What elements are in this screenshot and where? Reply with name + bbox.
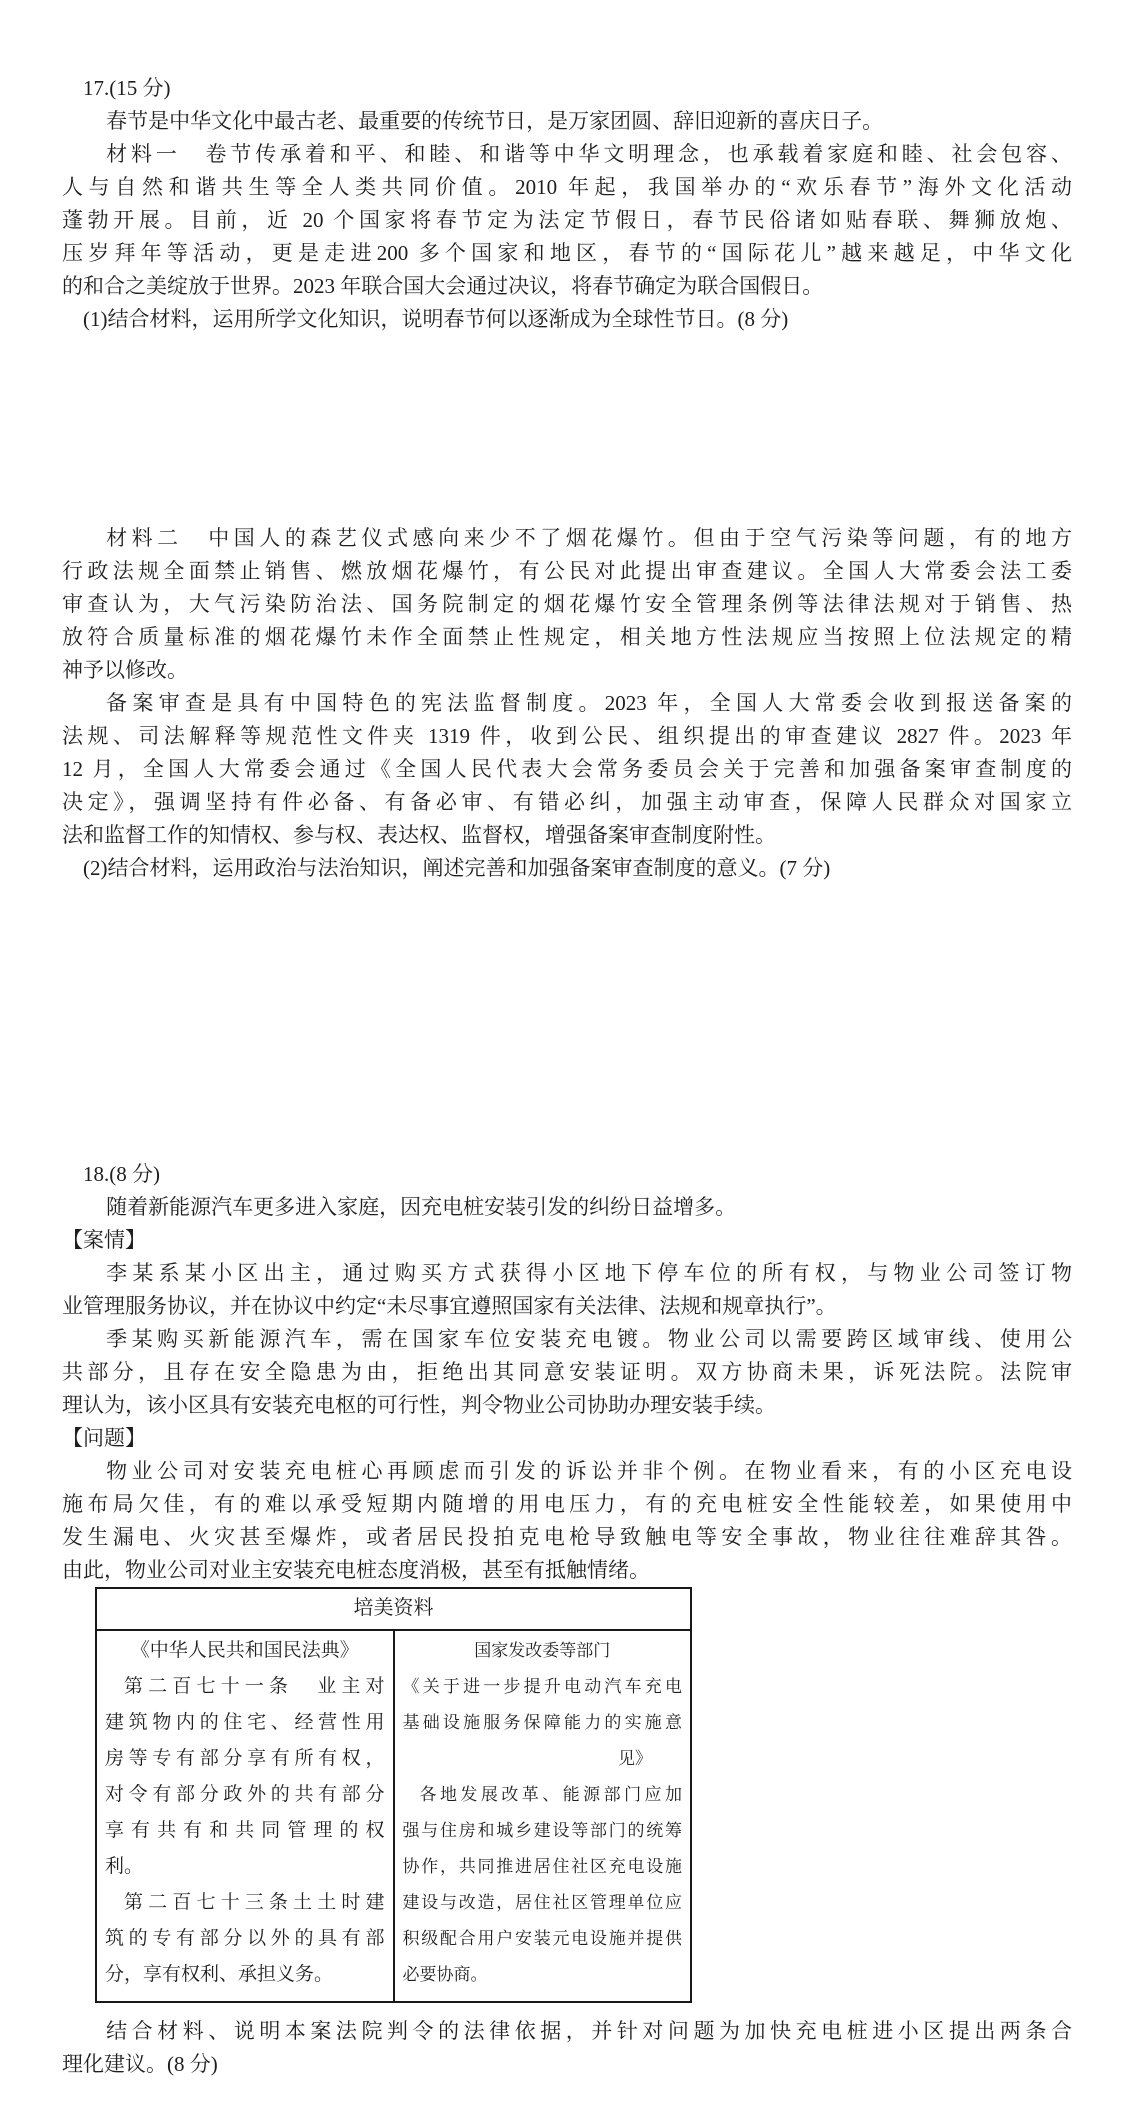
text-line: 理化建议。(8 分) xyxy=(62,2048,1072,2081)
answer-space-2 xyxy=(62,885,1072,1158)
text-line: 人与自然和谐共生等全人类共同价值。2010 年起，我国举办的“欢乐春节”海外文化… xyxy=(62,171,1072,204)
text-line: 积级配合用户安装元电设施并提供 xyxy=(403,1921,683,1957)
text-line: 的和合之美绽放于世界。2023 年联合国大会通过决议，将春节确定为联合国假日。 xyxy=(62,270,1072,303)
question-17-number: 17.(15 分) xyxy=(62,72,1072,105)
question-17-text: 春节是中华文化中最古老、最重要的传统节日，是万家团圆、辞旧迎新的喜庆日子。材料一… xyxy=(62,105,1072,336)
table-body-row: 《中华人民共和国民法典》第二百七十一条 业主对建筑物内的住宅、经营性用房等专有部… xyxy=(96,1630,691,2002)
text-line: 利。 xyxy=(105,1849,385,1885)
text-line: 神予以修改。 xyxy=(62,654,1072,687)
text-line: 筑的专有部分以外的具有部 xyxy=(105,1921,385,1957)
text-line: 备案审查是具有中国特色的宪法监督制度。2023 年，全国人大常委会收到报送备案的 xyxy=(62,687,1072,720)
text-line: 物业公司对安装充电桩心再顾虑而引发的诉讼并非个例。在物业看来，有的小区充电设 xyxy=(62,1455,1072,1488)
civil-code-cell: 《中华人民共和国民法典》第二百七十一条 业主对建筑物内的住宅、经营性用房等专有部… xyxy=(96,1630,394,2002)
text-line: 第二百七十三条土土时建 xyxy=(105,1885,385,1921)
text-line: 见》 xyxy=(403,1741,683,1777)
text-line: 基础设施服务保障能力的实施意 xyxy=(403,1705,683,1741)
text-line: 必要协商。 xyxy=(403,1957,683,1993)
ndrc-policy-cell: 国家发改委等部门《关于进一步提升电动汽车充电基础设施服务保障能力的实施意见》各地… xyxy=(394,1630,692,2002)
text-line: 发生漏电、火灾甚至爆炸，或者居民投拍克电枪导致触电等安全事故，物业往往难辞其咎。 xyxy=(62,1521,1072,1554)
text-line: 业管理服务协议，并在协议中约定“未尽事宜遵照国家有关法律、法规和规章执行”。 xyxy=(62,1290,1072,1323)
text-line: 理认为，该小区具有安装充电枢的可行性，判令物业公司协助办理安装手续。 xyxy=(62,1389,1072,1422)
answer-space-1 xyxy=(62,336,1072,522)
text-line: 由此，物业公司对业主安装充电桩态度消极，甚至有抵触情绪。 xyxy=(62,1554,1072,1587)
text-line: 法和监督工作的知情权、参与权、表达权、监督权，增强备案审查制度附性。 xyxy=(62,819,1072,852)
text-line: 共部分，且存在安全隐患为由，拒绝出其同意安装证明。双方协商未果，诉死法院。法院审 xyxy=(62,1356,1072,1389)
text-line: 季某购买新能源汽车，需在国家车位安装充电镀。物业公司以需要跨区域审线、使用公 xyxy=(62,1323,1072,1356)
text-line: 分，享有权利、承担义务。 xyxy=(105,1957,385,1993)
table-header-row: 培美资料 xyxy=(96,1588,691,1630)
text-line: 国家发改委等部门 xyxy=(403,1633,683,1669)
text-line: 协作，共同推进居住社区充电设施 xyxy=(403,1849,683,1885)
text-line: 李某系某小区出主，通过购买方式获得小区地下停车位的所有权，与物业公司签订物 xyxy=(62,1257,1072,1290)
text-line: 压岁拜年等活动，更是走进200 多个国家和地区，春节的“国际花儿”越来越足，中华… xyxy=(62,237,1072,270)
text-line: 审查认为，大气污染防治法、国务院制定的烟花爆竹安全管理条例等法律法规对于销售、热 xyxy=(62,588,1072,621)
text-line: 享有共有和共同管理的权 xyxy=(105,1813,385,1849)
text-line: 强与住房和城乡建设等部门的统筹 xyxy=(403,1813,683,1849)
text-line: 材料一 卷节传承着和平、和睦、和谐等中华文明理念，也承载着家庭和睦、社会包容、 xyxy=(62,138,1072,171)
text-line: 建筑物内的住宅、经营性用 xyxy=(105,1705,385,1741)
text-line: (2)结合材料，运用政治与法治知识，阐述完善和加强备案审查制度的意义。(7 分) xyxy=(62,852,1072,885)
text-line: 【问题】 xyxy=(62,1422,1072,1455)
question-18: 18.(8 分) 随着新能源汽车更多进入家庭，因充电桩安装引发的纠纷日益增多。【… xyxy=(62,1158,1072,2081)
text-line: 12 月，全国人大常委会通过《全国人民代表大会常务委员会关于完善和加强备案审查制… xyxy=(62,753,1072,786)
question-18-task: 结合材料、说明本案法院判令的法律依据，并针对问题为加快充电桩进小区提出两条合理化… xyxy=(62,2015,1072,2081)
page-content: 17.(15 分) 春节是中华文化中最古老、最重要的传统节日，是万家团圆、辞旧迎… xyxy=(0,0,1148,2081)
text-line: (1)结合材料，运用所学文化知识，说明春节何以逐渐成为全球性节日。(8 分) xyxy=(62,303,1072,336)
text-line: 对令有部分政外的共有部分 xyxy=(105,1777,385,1813)
question-17: 17.(15 分) 春节是中华文化中最古老、最重要的传统节日，是万家团圆、辞旧迎… xyxy=(62,72,1072,1158)
text-line: 行政法规全面禁止销售、燃放烟花爆竹，有公民对此提出审查建议。全国人大常委会法工委 xyxy=(62,555,1072,588)
text-line: 房等专有部分享有所有权， xyxy=(105,1741,385,1777)
text-line: 结合材料、说明本案法院判令的法律依据，并针对问题为加快充电桩进小区提出两条合 xyxy=(62,2015,1072,2048)
text-line: 春节是中华文化中最古老、最重要的传统节日，是万家团圆、辞旧迎新的喜庆日子。 xyxy=(62,105,1072,138)
text-line: 《中华人民共和国民法典》 xyxy=(105,1633,385,1669)
text-line: 放符合质量标准的烟花爆竹未作全面禁止性规定，相关地方性法规应当按照上位法规定的精 xyxy=(62,621,1072,654)
text-line: 【案情】 xyxy=(62,1224,1072,1257)
table-title: 培美资料 xyxy=(96,1588,691,1630)
question-18-number: 18.(8 分) xyxy=(62,1158,1072,1191)
reference-material-table: 培美资料 《中华人民共和国民法典》第二百七十一条 业主对建筑物内的住宅、经营性用… xyxy=(95,1587,692,2003)
text-line: 建设与改造，居住社区管理单位应 xyxy=(403,1885,683,1921)
text-line: 法规、司法解释等规范性文件夹 1319 件，收到公民、组织提出的审查建议 282… xyxy=(62,720,1072,753)
text-line: 决定》，强调坚持有件必备、有备必审、有错必纠，加强主动审查，保障人民群众对国家立 xyxy=(62,786,1072,819)
text-line: 材料二 中国人的森艺仪式感向来少不了烟花爆竹。但由于空气污染等问题，有的地方 xyxy=(62,522,1072,555)
text-line: 第二百七十一条 业主对 xyxy=(105,1669,385,1705)
text-line: 各地发展改革、能源部门应加 xyxy=(403,1777,683,1813)
text-line: 《关于进一步提升电动汽车充电 xyxy=(403,1669,683,1705)
text-line: 蓬勃开展。目前，近 20 个国家将春节定为法定节假日，春节民俗诸如贴春联、舞狮放… xyxy=(62,204,1072,237)
question-17-material-2: 材料二 中国人的森艺仪式感向来少不了烟花爆竹。但由于空气污染等问题，有的地方行政… xyxy=(62,522,1072,885)
question-18-text: 随着新能源汽车更多进入家庭，因充电桩安装引发的纠纷日益增多。【案情】李某系某小区… xyxy=(62,1191,1072,1587)
exam-page: 17.(15 分) 春节是中华文化中最古老、最重要的传统节日，是万家团圆、辞旧迎… xyxy=(0,0,1148,2112)
text-line: 随着新能源汽车更多进入家庭，因充电桩安装引发的纠纷日益增多。 xyxy=(62,1191,1072,1224)
text-line: 施布局欠佳，有的难以承受短期内随增的用电压力，有的充电桩安全性能较差，如果使用中 xyxy=(62,1488,1072,1521)
